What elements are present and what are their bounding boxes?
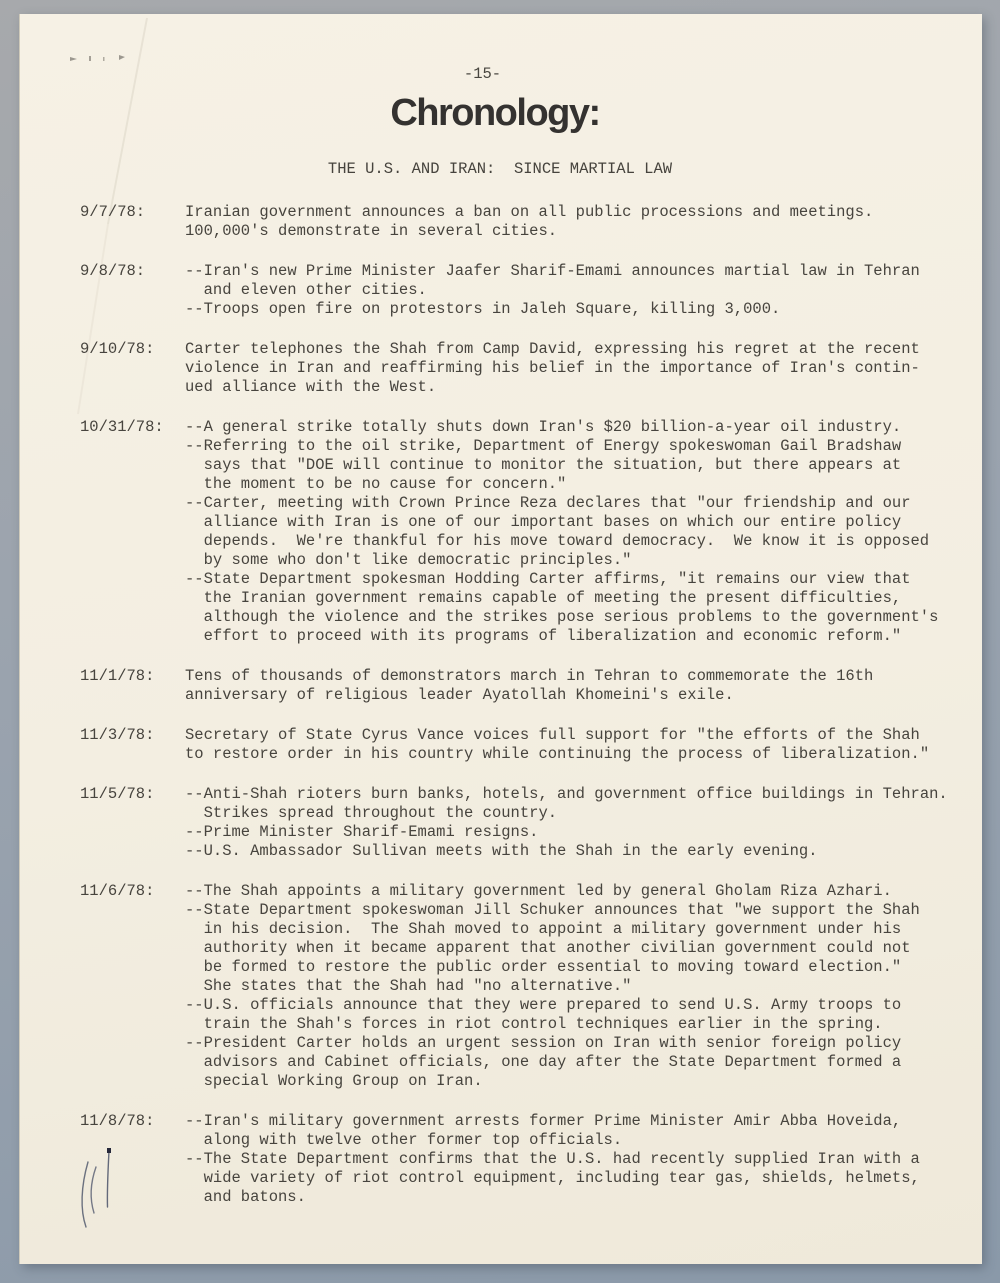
text-line: wide variety of riot control equipment, … bbox=[185, 1169, 970, 1188]
entry-items: Tens of thousands of demonstrators march… bbox=[185, 667, 970, 705]
entry-subitem: --Iran's military government arrests for… bbox=[185, 1112, 970, 1150]
text-line: --President Carter holds an urgent sessi… bbox=[185, 1034, 970, 1053]
entry-text: Tens of thousands of demonstrators march… bbox=[185, 667, 970, 705]
entry-items: --The Shah appoints a military governmen… bbox=[185, 882, 970, 1091]
entry: 9/8/78:--Iran's new Prime Minister Jaafe… bbox=[80, 262, 970, 319]
faint-stamp-marks bbox=[70, 55, 125, 61]
text-line: the Iranian government remains capable o… bbox=[185, 589, 970, 608]
text-line: by some who don't like democratic princi… bbox=[185, 551, 970, 570]
entry-subitem: --Referring to the oil strike, Departmen… bbox=[185, 437, 970, 494]
entry-items: --Iran's military government arrests for… bbox=[185, 1112, 970, 1207]
entry-subitem: --A general strike totally shuts down Ir… bbox=[185, 418, 970, 437]
document-page: -15- Chronology: THE U.S. AND IRAN: SINC… bbox=[20, 14, 982, 1264]
text-line: anniversary of religious leader Ayatolla… bbox=[185, 686, 970, 705]
entry-date: 10/31/78: bbox=[80, 418, 185, 646]
entry: 11/3/78:Secretary of State Cyrus Vance v… bbox=[80, 726, 970, 764]
entry-subitem: --Prime Minister Sharif-Emami resigns. bbox=[185, 823, 970, 842]
text-line: depends. We're thankful for his move tow… bbox=[185, 532, 970, 551]
entry-items: Iranian government announces a ban on al… bbox=[185, 203, 970, 241]
text-line: be formed to restore the public order es… bbox=[185, 958, 970, 977]
text-line: alliance with Iran is one of our importa… bbox=[185, 513, 970, 532]
entry-subitem: --Troops open fire on protestors in Jale… bbox=[185, 300, 970, 319]
text-line: --Prime Minister Sharif-Emami resigns. bbox=[185, 823, 970, 842]
text-line: the moment to be no cause for concern." bbox=[185, 475, 970, 494]
entry-text: Secretary of State Cyrus Vance voices fu… bbox=[185, 726, 970, 764]
entry-items: Secretary of State Cyrus Vance voices fu… bbox=[185, 726, 970, 764]
text-line: advisors and Cabinet officials, one day … bbox=[185, 1053, 970, 1072]
entry-items: --A general strike totally shuts down Ir… bbox=[185, 418, 970, 646]
text-line: Secretary of State Cyrus Vance voices fu… bbox=[185, 726, 970, 745]
text-line: --U.S. Ambassador Sullivan meets with th… bbox=[185, 842, 970, 861]
entry-subitem: --The State Department confirms that the… bbox=[185, 1150, 970, 1207]
entry-date: 9/7/78: bbox=[80, 203, 185, 241]
text-line: Strikes spread throughout the country. bbox=[185, 804, 970, 823]
entry-subitem: --The Shah appoints a military governmen… bbox=[185, 882, 970, 901]
entry-subitem: --State Department spokesman Hodding Car… bbox=[185, 570, 970, 646]
text-line: --Referring to the oil strike, Departmen… bbox=[185, 437, 970, 456]
text-line: --State Department spokesman Hodding Car… bbox=[185, 570, 970, 589]
entry-subitem: --Anti-Shah rioters burn banks, hotels, … bbox=[185, 785, 970, 823]
entry-items: --Iran's new Prime Minister Jaafer Shari… bbox=[185, 262, 970, 319]
text-line: in his decision. The Shah moved to appoi… bbox=[185, 920, 970, 939]
text-line: effort to proceed with its programs of l… bbox=[185, 627, 970, 646]
text-line: and eleven other cities. bbox=[185, 281, 970, 300]
entry: 9/10/78:Carter telephones the Shah from … bbox=[80, 340, 970, 397]
text-line: --Iran's military government arrests for… bbox=[185, 1112, 970, 1131]
text-line: 100,000's demonstrate in several cities. bbox=[185, 222, 970, 241]
chronology-entries: 9/7/78:Iranian government announces a ba… bbox=[80, 203, 970, 1228]
text-line: violence in Iran and reaffirming his bel… bbox=[185, 359, 970, 378]
text-line: --Carter, meeting with Crown Prince Reza… bbox=[185, 494, 970, 513]
entry-date: 11/6/78: bbox=[80, 882, 185, 1091]
text-line: --The Shah appoints a military governmen… bbox=[185, 882, 970, 901]
page-title: Chronology: bbox=[20, 90, 970, 136]
text-line: train the Shah's forces in riot control … bbox=[185, 1015, 970, 1034]
entry-items: Carter telephones the Shah from Camp Dav… bbox=[185, 340, 970, 397]
text-line: ued alliance with the West. bbox=[185, 378, 970, 397]
text-line: --State Department spokeswoman Jill Schu… bbox=[185, 901, 970, 920]
entry-subitem: --U.S. officials announce that they were… bbox=[185, 996, 970, 1034]
text-line: Tens of thousands of demonstrators march… bbox=[185, 667, 970, 686]
text-line: authority when it became apparent that a… bbox=[185, 939, 970, 958]
text-line: and batons. bbox=[185, 1188, 970, 1207]
entry-date: 9/10/78: bbox=[80, 340, 185, 397]
entry-subitem: --U.S. Ambassador Sullivan meets with th… bbox=[185, 842, 970, 861]
entry-subitem: --State Department spokeswoman Jill Schu… bbox=[185, 901, 970, 996]
entry: 9/7/78:Iranian government announces a ba… bbox=[80, 203, 970, 241]
entry-items: --Anti-Shah rioters burn banks, hotels, … bbox=[185, 785, 970, 861]
text-line: Carter telephones the Shah from Camp Dav… bbox=[185, 340, 970, 359]
entry-date: 11/5/78: bbox=[80, 785, 185, 861]
entry-date: 11/1/78: bbox=[80, 667, 185, 705]
entry-subitem: --President Carter holds an urgent sessi… bbox=[185, 1034, 970, 1091]
text-line: --Iran's new Prime Minister Jaafer Shari… bbox=[185, 262, 970, 281]
text-line: --The State Department confirms that the… bbox=[185, 1150, 970, 1169]
entry-text: Carter telephones the Shah from Camp Dav… bbox=[185, 340, 970, 397]
entry-subitem: --Carter, meeting with Crown Prince Reza… bbox=[185, 494, 970, 570]
entry: 11/6/78:--The Shah appoints a military g… bbox=[80, 882, 970, 1091]
entry: 11/5/78:--Anti-Shah rioters burn banks, … bbox=[80, 785, 970, 861]
text-line: --A general strike totally shuts down Ir… bbox=[185, 418, 970, 437]
text-line: says that "DOE will continue to monitor … bbox=[185, 456, 970, 475]
entry-text: Iranian government announces a ban on al… bbox=[185, 203, 970, 241]
text-line: along with twelve other former top offic… bbox=[185, 1131, 970, 1150]
text-line: --Anti-Shah rioters burn banks, hotels, … bbox=[185, 785, 970, 804]
text-line: --Troops open fire on protestors in Jale… bbox=[185, 300, 970, 319]
text-line: She states that the Shah had "no alterna… bbox=[185, 977, 970, 996]
text-line: although the violence and the strikes po… bbox=[185, 608, 970, 627]
entry: 11/8/78:--Iran's military government arr… bbox=[80, 1112, 970, 1207]
text-line: Iranian government announces a ban on al… bbox=[185, 203, 970, 222]
entry: 11/1/78:Tens of thousands of demonstrato… bbox=[80, 667, 970, 705]
page-number: -15- bbox=[20, 65, 945, 84]
text-line: --U.S. officials announce that they were… bbox=[185, 996, 970, 1015]
entry-date: 11/3/78: bbox=[80, 726, 185, 764]
entry-date: 9/8/78: bbox=[80, 262, 185, 319]
entry-date: 11/8/78: bbox=[80, 1112, 185, 1207]
page-subtitle: THE U.S. AND IRAN: SINCE MARTIAL LAW bbox=[20, 160, 980, 179]
entry-subitem: --Iran's new Prime Minister Jaafer Shari… bbox=[185, 262, 970, 300]
entry: 10/31/78:--A general strike totally shut… bbox=[80, 418, 970, 646]
text-line: special Working Group on Iran. bbox=[185, 1072, 970, 1091]
text-line: to restore order in his country while co… bbox=[185, 745, 970, 764]
